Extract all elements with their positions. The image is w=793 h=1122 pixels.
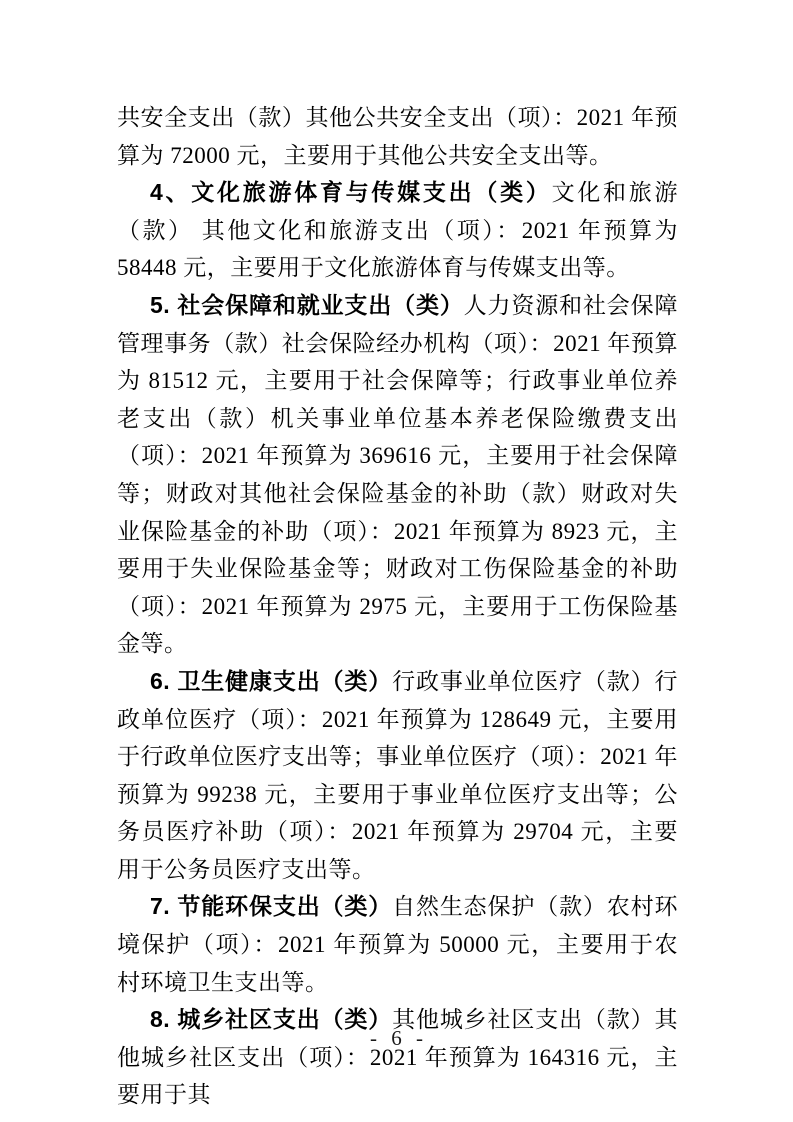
page-number: - 6 - [0, 1026, 793, 1051]
text-run: 人力资源和社会保障管理事务（款）社会保险经办机构（项）：2021 年预算为 81… [117, 293, 678, 656]
heading-run-health: 6. 卫生健康支出（类） [150, 668, 392, 694]
paragraph-item-7: 7. 节能环保支出（类）自然生态保护（款）农村环境保护（项）：2021 年预算为… [117, 888, 678, 1001]
text-run: 行政事业单位医疗（款）行政单位医疗（项）：2021 年预算为 128649 元，… [117, 669, 678, 882]
paragraph-item-5: 5. 社会保障和就业支出（类）人力资源和社会保障管理事务（款）社会保险经办机构（… [117, 287, 678, 663]
paragraph-item-6: 6. 卫生健康支出（类）行政事业单位医疗（款）行政单位医疗（项）：2021 年预… [117, 663, 678, 889]
heading-run-energy-environment: 7. 节能环保支出（类） [150, 893, 392, 919]
heading-run-social-security: 5. 社会保障和就业支出（类） [150, 292, 464, 318]
paragraph-item-4: 4、文化旅游体育与传媒支出（类）文化和旅游（款） 其他文化和旅游支出（项）：20… [117, 174, 678, 287]
paragraph-item-8: 8. 城乡社区支出（类）其他城乡社区支出（款）其他城乡社区支出（项）：2021 … [117, 1001, 678, 1114]
paragraph-continuation: 共安全支出（款）其他公共安全支出（项）：2021 年预算为 72000 元，主要… [117, 99, 678, 174]
document-page: 共安全支出（款）其他公共安全支出（项）：2021 年预算为 72000 元，主要… [0, 0, 793, 1122]
text-run: 共安全支出（款）其他公共安全支出（项）：2021 年预算为 72000 元，主要… [117, 105, 678, 168]
heading-run-culture-tourism: 4、文化旅游体育与传媒支出（类） [150, 179, 552, 205]
